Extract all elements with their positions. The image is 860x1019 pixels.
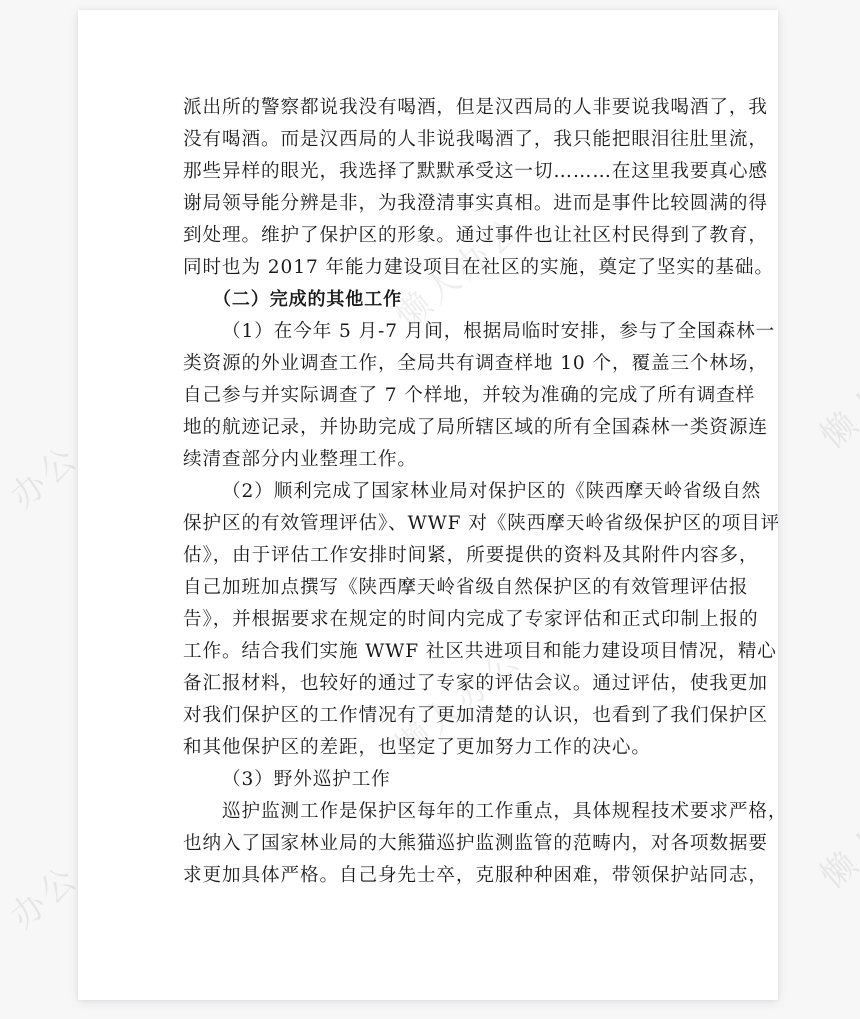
text-line: 求更加具体严格。自己身先士卒，克服种种困难，带领保护站同志， bbox=[183, 860, 679, 892]
text-line: 自己加班加点撰写《陕西摩天岭省级自然保护区的有效管理评估报 bbox=[183, 572, 679, 604]
text-line: 估》，由于评估工作安排时间紧，所要提供的资料及其附件内容多， bbox=[183, 540, 679, 572]
section-heading: （二）完成的其他工作 bbox=[183, 284, 679, 316]
text-line: （2）顺利完成了国家林业局对保护区的《陕西摩天岭省级自然 bbox=[183, 476, 679, 508]
watermark-left-bottom: 办公 bbox=[0, 851, 88, 937]
text-line: 同时也为 2017 年能力建设项目在社区的实施，奠定了坚实的基础。 bbox=[183, 252, 679, 284]
watermark-right-top: 懒人 bbox=[808, 371, 860, 457]
text-line: 地的航迹记录，并协助完成了局所辖区域的所有全国森林一类资源连 bbox=[183, 412, 679, 444]
text-line: 那些异样的眼光，我选择了默默承受这一切………在这里我要真心感 bbox=[183, 156, 679, 188]
text-line: 也纳入了国家林业局的大熊猫巡护监测监管的范畴内，对各项数据要 bbox=[183, 828, 679, 860]
text-line: 告》，并根据要求在规定的时间内完成了专家评估和正式印制上报的 bbox=[183, 604, 679, 636]
subsection-heading: （3）野外巡护工作 bbox=[183, 764, 679, 796]
text-line: 自己参与并实际调查了 7 个样地，并较为准确的完成了所有调查样 bbox=[183, 380, 679, 412]
text-line: （1）在今年 5 月-7 月间，根据局临时安排，参与了全国森林一 bbox=[183, 316, 679, 348]
text-line: 续清查部分内业整理工作。 bbox=[183, 444, 679, 476]
document-page: 懒人办公 懒人办公 派出所的警察都说我没有喝酒，但是汉西局的人非要说我喝酒了，我… bbox=[78, 10, 778, 1000]
text-line: 派出所的警察都说我没有喝酒，但是汉西局的人非要说我喝酒了，我 bbox=[183, 92, 679, 124]
text-line: 工作。结合我们实施 WWF 社区共进项目和能力建设项目情况，精心准 bbox=[183, 636, 679, 668]
text-line: 谢局领导能分辨是非，为我澄清事实真相。进而是事件比较圆满的得 bbox=[183, 188, 679, 220]
text-line: 对我们保护区的工作情况有了更加清楚的认识，也看到了我们保护区 bbox=[183, 700, 679, 732]
text-line: 巡护监测工作是保护区每年的工作重点，具体规程技术要求严格， bbox=[183, 796, 679, 828]
watermark-right-bottom: 懒人 bbox=[808, 811, 860, 897]
text-line: 到处理。维护了保护区的形象。通过事件也让社区村民得到了教育， bbox=[183, 220, 679, 252]
document-body: 派出所的警察都说我没有喝酒，但是汉西局的人非要说我喝酒了，我 没有喝酒。而是汉西… bbox=[183, 92, 679, 892]
text-line: 和其他保护区的差距，也坚定了更加努力工作的决心。 bbox=[183, 732, 679, 764]
text-line: 类资源的外业调查工作，全局共有调查样地 10 个，覆盖三个林场， bbox=[183, 348, 679, 380]
text-line: 备汇报材料，也较好的通过了专家的评估会议。通过评估，使我更加 bbox=[183, 668, 679, 700]
text-line: 保护区的有效管理评估》、WWF 对《陕西摩天岭省级保护区的项目评 bbox=[183, 508, 679, 540]
text-line: 没有喝酒。而是汉西局的人非说我喝酒了，我只能把眼泪往肚里流， bbox=[183, 124, 679, 156]
watermark-left-top: 办公 bbox=[0, 431, 88, 517]
